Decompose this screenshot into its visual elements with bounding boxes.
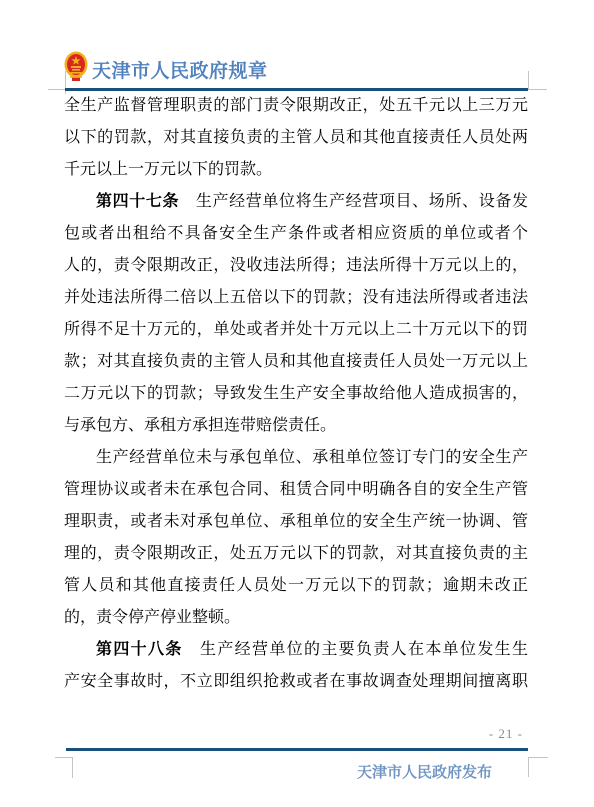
- body-line: 二万元以下的罚款；导致发生生产安全事故给他人造成损害的，: [64, 378, 528, 410]
- body-line: 理职责，或者未对承包单位、承租单位的安全生产统一协调、管: [64, 506, 528, 538]
- article-number-bold: 第四十八条: [96, 641, 183, 658]
- article-number-bold: 第四十七条: [96, 193, 179, 210]
- body-line: 全生产监督管理职责的部门责令限期改正，处五千元以上三万元: [64, 90, 528, 122]
- body-line: 以下的罚款，对其直接负责的主管人员和其他直接责任人员处两: [64, 122, 528, 154]
- body-line: 管理协议或者未在承包合同、租赁合同中明确各自的安全生产管: [64, 474, 528, 506]
- document-page: 天津市人民政府规章 全生产监督管理职责的部门责令限期改正，处五千元以上三万元 以…: [0, 0, 594, 807]
- page-number: - 21 -: [489, 726, 523, 742]
- article-47-heading-line: 第四十七条 生产经营单位将生产经营项目、场所、设备发: [64, 186, 528, 218]
- body-line: 包或者出租给不具备安全生产条件或者相应资质的单位或者个: [64, 218, 528, 250]
- body-line: 管人员和其他直接责任人员处一万元以下的罚款；逾期未改正: [64, 570, 528, 602]
- crop-mark-bottom-left-horizontal: [55, 757, 73, 758]
- national-emblem-icon: [64, 51, 88, 82]
- article-48-heading-line: 第四十八条 生产经营单位的主要负责人在本单位发生生: [64, 634, 528, 666]
- crop-mark-bottom-left-vertical: [72, 757, 73, 778]
- body-line: 款；对其直接负责的主管人员和其他直接责任人员处一万元以上: [64, 346, 528, 378]
- crop-mark-top-left-horizontal: [48, 89, 65, 90]
- body-line: 千元以上一万元以下的罚款。: [64, 154, 528, 186]
- body-line: 生产经营单位未与承包单位、承租单位签订专门的安全生产: [64, 442, 528, 474]
- body-line: 人的，责令限期改正，没收违法所得；违法所得十万元以上的，: [64, 250, 528, 282]
- crop-mark-top-right-horizontal: [528, 89, 547, 90]
- publisher-label: 天津市人民政府发布: [357, 761, 492, 782]
- page-title: 天津市人民政府规章: [92, 56, 268, 83]
- body-line: 并处违法所得二倍以上五倍以下的罚款；没有违法所得或者违法: [64, 282, 528, 314]
- crop-mark-top-right-vertical: [528, 71, 529, 90]
- body-line: 所得不足十万元的，单处或者并处十万元以上二十万元以下的罚: [64, 314, 528, 346]
- crop-mark-bottom-right-horizontal: [528, 757, 548, 758]
- body-text: 全生产监督管理职责的部门责令限期改正，处五千元以上三万元 以下的罚款，对其直接负…: [64, 90, 528, 698]
- body-line: 与承包方、承租方承担连带赔偿责任。: [64, 410, 528, 442]
- body-line: 的，责令停产停业整顿。: [64, 602, 528, 634]
- body-line: 理的，责令限期改正，处五万元以下的罚款，对其直接负责的主: [64, 538, 528, 570]
- crop-mark-bottom-right-vertical: [528, 757, 529, 777]
- body-line: 产安全事故时，不立即组织抢救或者在事故调查处理期间擅离职: [64, 666, 528, 698]
- footer-rule: [66, 748, 528, 751]
